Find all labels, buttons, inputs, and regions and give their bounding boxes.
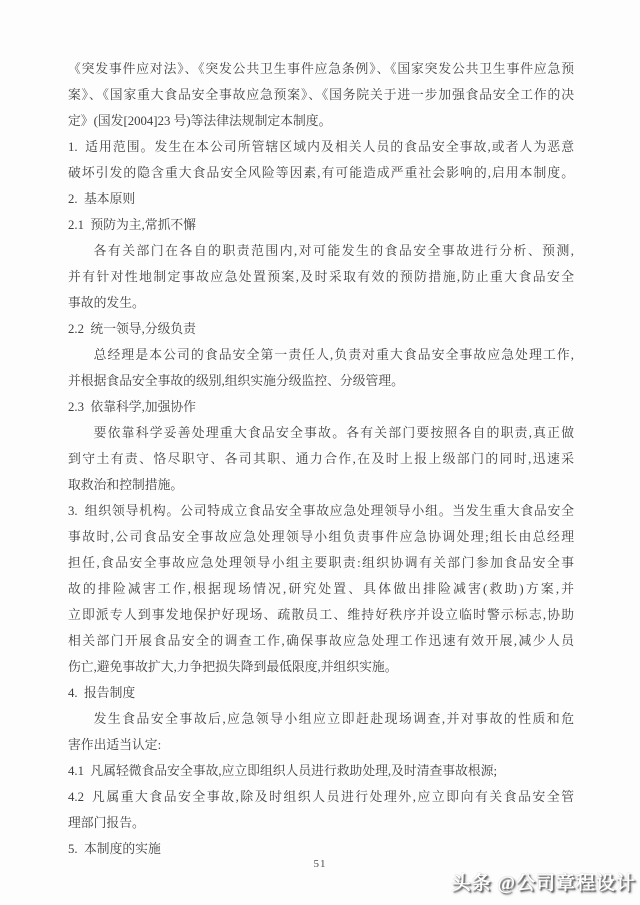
text-line: 害作出适当认定: <box>68 732 574 758</box>
text-line: 4.1 凡属轻微食品安全事故,应立即组织人员进行救助处理,及时清查事故根源; <box>68 758 574 784</box>
watermark: 头条 @公司章程设计 <box>452 868 636 895</box>
text-line: 总经理是本公司的食品安全第一责任人,负责对重大食品安全事故应急处理工作, <box>68 342 574 368</box>
text-line: 发生食品安全事故后,应急领导小组应立即赶赴现场调查,并对事故的性质和危 <box>68 706 574 732</box>
text-line: 4. 报告制度 <box>68 680 574 706</box>
text-line: 案》、《国家重大食品安全事故应急预案》、《国务院关于进一步加强食品安全工作的决 <box>68 82 574 108</box>
text-line: 事故的发生。 <box>68 290 574 316</box>
text-line: 伤亡,避免事故扩大,力争把损失降到最低限度,并组织实施。 <box>68 654 574 680</box>
text-line: 担任,食品安全事故应急处理领导小组主要职责:组织协调有关部门参加食品安全事 <box>68 550 574 576</box>
document-page: 《突发事件应对法》、《突发公共卫生事件应急条例》、《国家突发公共卫生事件应急预 … <box>0 0 640 905</box>
text-line: 2.2 统一领导,分级负责 <box>68 316 574 342</box>
text-line: 并有针对性地制定事故应急处置预案,及时采取有效的预防措施,防止重大食品安全 <box>68 264 574 290</box>
text-line: 《突发事件应对法》、《突发公共卫生事件应急条例》、《国家突发公共卫生事件应急预 <box>68 56 574 82</box>
text-line: 4.2 凡属重大食品安全事故,除及时组织人员进行处理外,应立即向有关食品安全管 <box>68 784 574 810</box>
text-line: 到守土有责、恪尽职守、各司其职、通力合作,在及时上报上级部门的同时,迅速采 <box>68 446 574 472</box>
text-line: 1. 适用范围。发生在本公司所管辖区域内及相关人员的食品安全事故,或者人为恶意 <box>68 134 574 160</box>
text-line: 要依靠科学妥善处理重大食品安全事故。各有关部门要按照各自的职责,真正做 <box>68 420 574 446</box>
text-line: 2.1 预防为主,常抓不懈 <box>68 212 574 238</box>
text-line: 理部门报告。 <box>68 810 574 836</box>
text-line: 各有关部门在各自的职责范围内,对可能发生的食品安全事故进行分析、预测, <box>68 238 574 264</box>
text-line: 2. 基本原则 <box>68 186 574 212</box>
text-line: 故的排险减害工作,根据现场情况,研究处置、具体做出排险减害(救助)方案,并 <box>68 576 574 602</box>
text-line: 3. 组织领导机构。公司特成立食品安全事故应急处理领导小组。当发生重大食品安全 <box>68 498 574 524</box>
text-line: 取救治和控制措施。 <box>68 472 574 498</box>
text-line: 立即派专人到事发地保护好现场、疏散员工、维持好秩序并设立临时警示标志,协助 <box>68 602 574 628</box>
text-line: 2.3 依靠科学,加强协作 <box>68 394 574 420</box>
text-line: 并根据食品安全事故的级别,组织实施分级监控、分级管理。 <box>68 368 574 394</box>
page-body: 《突发事件应对法》、《突发公共卫生事件应急条例》、《国家突发公共卫生事件应急预 … <box>68 56 574 862</box>
text-line: 相关部门开展食品安全的调查工作,确保事故应急处理工作迅速有效开展,减少人员 <box>68 628 574 654</box>
text-line: 定》(国发[2004]23 号)等法律法规制定本制度。 <box>68 108 574 134</box>
text-line: 事故时,公司食品安全事故应急处理领导小组负责事件应急协调处理;组长由总经理 <box>68 524 574 550</box>
text-line: 破坏引发的隐含重大食品安全风险等因素,有可能造成严重社会影响的,启用本制度。 <box>68 160 574 186</box>
